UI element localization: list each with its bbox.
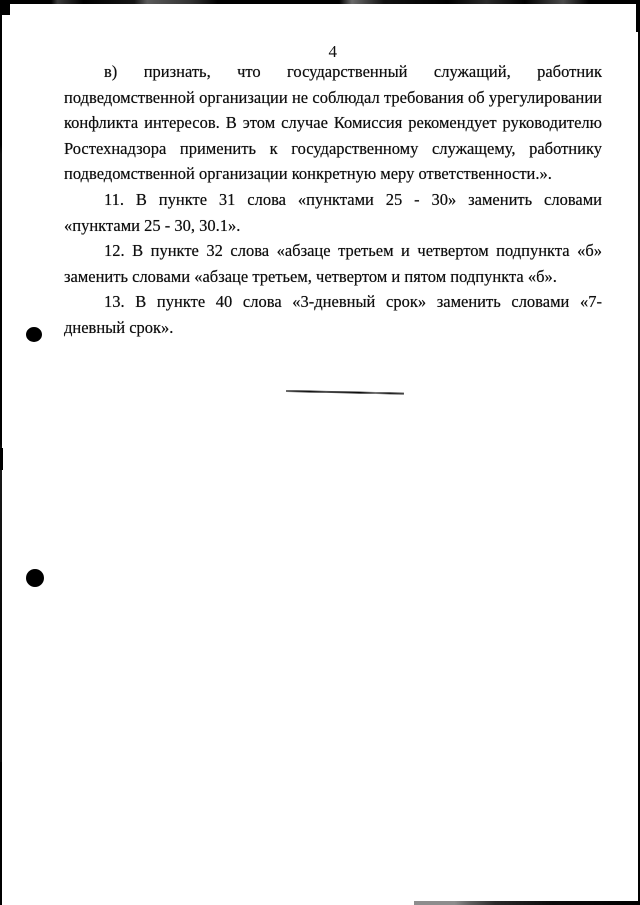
paragraph-item-13: 13. В пункте 40 слова «3-дневный срок» з… [64, 289, 602, 340]
paragraph-item-11: 11. В пункте 31 слова «пунктами 25 - 30»… [64, 187, 602, 238]
paragraph-item-12: 12. В пункте 32 слова «абзаце третьем и … [64, 238, 602, 289]
document-body: в) признать, что государственный служащи… [64, 59, 602, 341]
hole-punch-dot-top [26, 327, 42, 342]
scan-edge-bottom [414, 901, 640, 905]
scan-artifact-tick [0, 448, 3, 470]
scan-corner-blob [0, 0, 10, 15]
hole-punch-dot-bottom [26, 569, 44, 587]
scan-artifact-tick [0, 700, 2, 762]
scan-edge-top [0, 0, 640, 4]
scanned-document-page: 4 в) признать, что государственный служа… [0, 0, 640, 905]
scan-edge-right-cap [636, 0, 640, 32]
section-divider-line [286, 390, 404, 395]
paragraph-subitem-v: в) признать, что государственный служащи… [64, 59, 602, 187]
